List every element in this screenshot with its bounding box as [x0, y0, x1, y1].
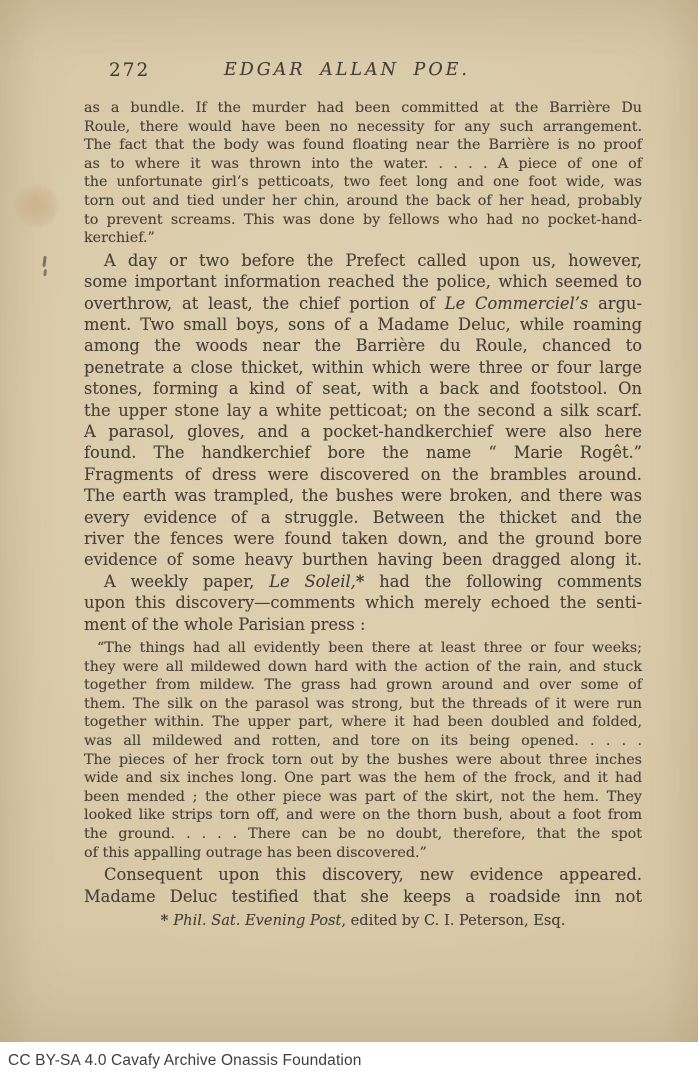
license-text: CC BY-SA 4.0 Cavafy Archive Onassis Foun… — [0, 1052, 362, 1070]
text-line: ment of the whole Parisian press : — [84, 614, 642, 635]
text-segment: found. The handkerchief bore the name “ … — [84, 443, 642, 462]
text-segment: Le Soleil, — [269, 572, 356, 591]
text-line: the upper stone lay a white petticoat; o… — [84, 400, 642, 421]
text-line: of this appalling outrage has been disco… — [84, 844, 642, 863]
text-segment: they were all mildewed down hard with th… — [84, 659, 642, 675]
text-segment: to prevent screams. This was done by fel… — [84, 212, 642, 228]
text-line: to prevent screams. This was done by fel… — [84, 211, 642, 230]
running-header: EDGAR ALLAN POE. — [68, 60, 626, 80]
text-segment: evidence of some heavy burthen having be… — [84, 550, 642, 569]
text-segment: the unfortunate girl’s petticoats, two f… — [84, 174, 642, 190]
text-segment: The pieces of her frock torn out by the … — [84, 752, 642, 768]
text-line: kerchief.” — [84, 229, 642, 248]
paragraph: A day or two before the Prefect called u… — [84, 250, 642, 571]
text-line: them. The silk on the parasol was strong… — [84, 695, 642, 714]
text-line: A day or two before the Prefect called u… — [84, 250, 642, 271]
text-segment: ment. Two small boys, sons of a Madame D… — [84, 315, 642, 334]
block-quote: as a bundle. If the murder had been comm… — [84, 99, 642, 248]
paragraph: A weekly paper, Le Soleil,* had the foll… — [84, 571, 642, 635]
book-page: 272 EDGAR ALLAN POE. as a bundle. If the… — [0, 0, 698, 1042]
text-line: The pieces of her frock torn out by the … — [84, 751, 642, 770]
text-line: found. The handkerchief bore the name “ … — [84, 442, 642, 463]
text-segment: Madame Deluc testified that she keeps a … — [84, 887, 642, 906]
text-segment: as to where it was thrown into the water… — [84, 156, 642, 172]
text-segment: “The things had all evidently been there… — [97, 640, 642, 656]
text-line: overthrow, at least, the chief portion o… — [84, 293, 642, 314]
text-line: river the fences were found taken down, … — [84, 528, 642, 549]
text-segment: argu- — [588, 294, 642, 313]
text-line: penetrate a close thicket, within which … — [84, 357, 642, 378]
text-segment: Fragments of dress were discovered on th… — [84, 465, 642, 484]
text-segment: together within. The upper part, where i… — [84, 714, 642, 730]
text-line: stones, forming a kind of seat, with a b… — [84, 378, 642, 399]
text-segment: among the woods near the Barrière du Rou… — [84, 336, 642, 355]
text-line: The earth was trampled, the bushes were … — [84, 485, 642, 506]
text-line: looked like strips torn off, and were on… — [84, 806, 642, 825]
text-segment: upon this discovery—comments which merel… — [84, 593, 642, 612]
text-line: A weekly paper, Le Soleil,* had the foll… — [84, 571, 642, 592]
text-segment: A weekly paper, — [104, 572, 269, 591]
text-segment: torn out and tied under her chin, around… — [84, 193, 642, 209]
text-segment: overthrow, at least, the chief portion o… — [84, 294, 445, 313]
text-line: Madame Deluc testified that she keeps a … — [84, 886, 642, 907]
text-line: as to where it was thrown into the water… — [84, 155, 642, 174]
footnote: * Phil. Sat. Evening Post, edited by C. … — [84, 911, 642, 930]
text-segment: every evidence of a struggle. Between th… — [84, 508, 642, 527]
text-segment: had the following comments — [364, 572, 642, 591]
page-body: as a bundle. If the murder had been comm… — [84, 99, 642, 907]
text-segment: * — [161, 912, 174, 929]
text-line: The fact that the body was found floatin… — [84, 136, 642, 155]
text-segment: The fact that the body was found floatin… — [84, 137, 642, 153]
text-line: ment. Two small boys, sons of a Madame D… — [84, 314, 642, 335]
text-segment: some important information reached the p… — [84, 272, 642, 291]
text-line: Roule, there would have been no necessit… — [84, 118, 642, 137]
text-segment: been mended ; the other piece was part o… — [84, 789, 642, 805]
text-line: wide and six inches long. One part was t… — [84, 769, 642, 788]
text-segment: the upper stone lay a white petticoat; o… — [84, 401, 642, 420]
text-segment: , edited by C. I. Peterson, Esq. — [341, 912, 565, 929]
text-line: the unfortunate girl’s petticoats, two f… — [84, 173, 642, 192]
text-segment: was all mildewed and rotten, and tore on… — [84, 733, 642, 749]
text-line: among the woods near the Barrière du Rou… — [84, 335, 642, 356]
text-line: every evidence of a struggle. Between th… — [84, 507, 642, 528]
block-quote: “The things had all evidently been there… — [84, 639, 642, 862]
text-segment: them. The silk on the parasol was strong… — [84, 696, 642, 712]
text-line: some important information reached the p… — [84, 271, 642, 292]
text-segment: together from mildew. The grass had grow… — [84, 677, 642, 693]
license-bar: CC BY-SA 4.0 Cavafy Archive Onassis Foun… — [0, 1042, 698, 1079]
text-line: been mended ; the other piece was part o… — [84, 788, 642, 807]
text-segment: as a bundle. If the murder had been comm… — [84, 100, 642, 116]
page-header: 272 EDGAR ALLAN POE. — [84, 58, 642, 96]
text-segment: Le Commerciel’s — [445, 294, 589, 313]
text-segment: A parasol, gloves, and a pocket-handkerc… — [84, 422, 642, 441]
text-segment: The earth was trampled, the bushes were … — [84, 486, 642, 505]
text-line: the ground. . . . . There can be no doub… — [84, 825, 642, 844]
paper-stain — [12, 184, 58, 228]
text-segment: Roule, there would have been no necessit… — [84, 119, 642, 135]
text-line: together from mildew. The grass had grow… — [84, 676, 642, 695]
text-line: A parasol, gloves, and a pocket-handkerc… — [84, 421, 642, 442]
text-line: together within. The upper part, where i… — [84, 713, 642, 732]
text-segment: of this appalling outrage has been disco… — [84, 845, 427, 861]
text-segment: stones, forming a kind of seat, with a b… — [84, 379, 642, 398]
text-line: was all mildewed and rotten, and tore on… — [84, 732, 642, 751]
text-segment: kerchief.” — [84, 230, 155, 246]
text-segment: Consequent upon this discovery, new evid… — [104, 865, 642, 884]
text-line: upon this discovery—comments which merel… — [84, 592, 642, 613]
ink-mark — [42, 256, 46, 267]
text-line: they were all mildewed down hard with th… — [84, 658, 642, 677]
text-segment: ment of the whole Parisian press : — [84, 615, 365, 634]
text-segment: looked like strips torn off, and were on… — [84, 807, 642, 823]
text-segment: Phil. Sat. Evening Post — [173, 912, 341, 929]
text-segment: the ground. . . . . There can be no doub… — [84, 826, 642, 842]
paragraph: Consequent upon this discovery, new evid… — [84, 864, 642, 907]
text-line: evidence of some heavy burthen having be… — [84, 549, 642, 570]
text-segment: penetrate a close thicket, within which … — [84, 358, 642, 377]
text-line: “The things had all evidently been there… — [84, 639, 642, 658]
text-line: Consequent upon this discovery, new evid… — [84, 864, 642, 885]
text-segment: wide and six inches long. One part was t… — [84, 770, 642, 786]
text-line: as a bundle. If the murder had been comm… — [84, 99, 642, 118]
text-column: 272 EDGAR ALLAN POE. as a bundle. If the… — [84, 58, 642, 930]
text-line: torn out and tied under her chin, around… — [84, 192, 642, 211]
text-segment: river the fences were found taken down, … — [84, 529, 642, 548]
text-line: Fragments of dress were discovered on th… — [84, 464, 642, 485]
scanned-page-view: 272 EDGAR ALLAN POE. as a bundle. If the… — [0, 0, 698, 1079]
text-segment: A day or two before the Prefect called u… — [104, 251, 642, 270]
